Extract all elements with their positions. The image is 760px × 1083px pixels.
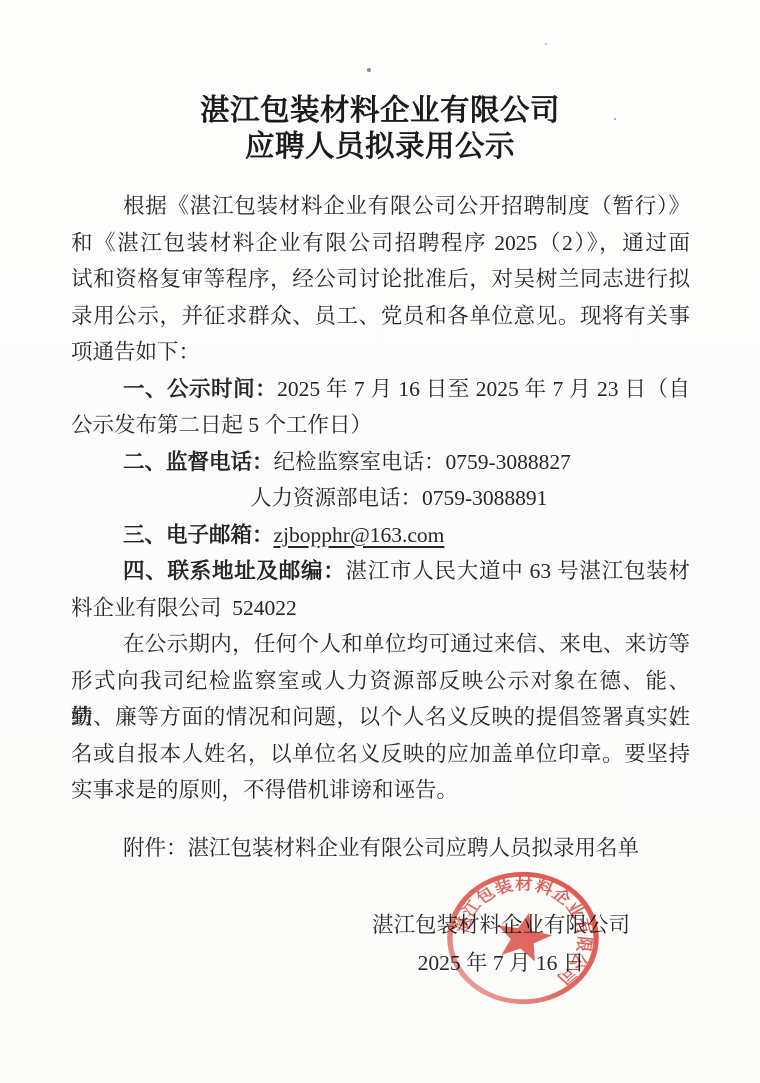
- text-run: 湛江市人民大道中 63 号湛江包装材: [346, 559, 690, 583]
- text-line: 公示发布第二日起 5 个工作日）: [71, 407, 690, 444]
- item-label: 一、公示时间：: [123, 377, 277, 401]
- item-label: 三、电子邮箱：: [123, 523, 274, 547]
- text-run: 实事求是的原则，不得借机诽谤和诬告。: [71, 778, 458, 802]
- email-text: zjbopphr@163.com: [274, 523, 445, 547]
- text-line: 附件：湛江包装材料企业有限公司应聘人员拟录用名单: [71, 830, 690, 867]
- scan-speck: [545, 43, 547, 45]
- text-run: 附件：湛江包装材料企业有限公司应聘人员拟录用名单: [123, 836, 639, 860]
- text-run: 绩、廉等方面的情况和问题，以个人名义反映的提倡签署真实姓: [71, 705, 690, 729]
- text-run: 公示发布第二日起 5 个工作日）: [71, 413, 372, 437]
- text-run: 录用公示，并征求群众、员工、党员和各单位意见。现将有关事: [71, 304, 690, 328]
- company-seal-icon: 湛江包装材料企业有限公司: [445, 870, 601, 1006]
- text-run: 项通告如下：: [71, 340, 200, 364]
- text-line: 料企业有限公司 524022: [71, 590, 690, 627]
- seal-star-icon: [491, 908, 556, 963]
- text-line: 形式向我司纪检监察室或人力资源部反映公示对象在德、能、勤、: [71, 663, 690, 700]
- text-line: 二、监督电话：纪检监察室电话：0759-3088827: [71, 444, 690, 481]
- text-run: 2025 年 7 月 16 日至 2025 年 7 月 23 日（自: [277, 377, 690, 401]
- text-line: 在公示期内，任何个人和单位均可通过来信、来电、来访等: [71, 626, 690, 663]
- title-line-2: 应聘人员拟录用公示: [0, 129, 760, 165]
- text-line: 实事求是的原则，不得借机诽谤和诬告。: [71, 772, 690, 809]
- scan-speck: [367, 68, 371, 72]
- text-run: 在公示期内，任何个人和单位均可通过来信、来电、来访等: [123, 632, 690, 656]
- text-line: 录用公示，并征求群众、员工、党员和各单位意见。现将有关事: [71, 298, 690, 335]
- item-label: 四、联系地址及邮编：: [123, 559, 346, 583]
- text-run: 料企业有限公司 524022: [71, 596, 297, 620]
- text-run: 根据《湛江包装材料企业有限公司公开招聘制度（暂行）》: [123, 194, 690, 218]
- item-label: 二、监督电话：: [123, 450, 274, 474]
- scan-speck: [614, 118, 616, 120]
- body-lines: 根据《湛江包装材料企业有限公司公开招聘制度（暂行）》和《湛江包装材料企业有限公司…: [71, 188, 690, 867]
- text-line: 名或自报本人姓名，以单位名义反映的应加盖单位印章。要坚持: [71, 736, 690, 773]
- text-line: 项通告如下：: [71, 334, 690, 371]
- text-run: 人力资源部电话：0759-3088891: [250, 486, 547, 510]
- text-run: 试和资格复审等程序，经公司讨论批准后，对吴树兰同志进行拟: [71, 267, 690, 291]
- text-run: 纪检监察室电话：0759-3088827: [274, 450, 571, 474]
- text-line: 人力资源部电话：0759-3088891: [71, 480, 690, 517]
- text-run: 名或自报本人姓名，以单位名义反映的应加盖单位印章。要坚持: [71, 742, 690, 766]
- text-line: 四、联系地址及邮编：湛江市人民大道中 63 号湛江包装材: [71, 553, 690, 590]
- text-line: 和《湛江包装材料企业有限公司招聘程序 2025（2）》，通过面: [71, 225, 690, 262]
- text-run: 和《湛江包装材料企业有限公司招聘程序 2025（2）》，通过面: [71, 231, 690, 255]
- text-line: 绩、廉等方面的情况和问题，以个人名义反映的提倡签署真实姓: [71, 699, 690, 736]
- text-line: 一、公示时间：2025 年 7 月 16 日至 2025 年 7 月 23 日（…: [71, 371, 690, 408]
- scanned-document-page: 湛江包装材料企业有限公司 应聘人员拟录用公示 根据《湛江包装材料企业有限公司公开…: [0, 0, 760, 1083]
- document-title: 湛江包装材料企业有限公司 应聘人员拟录用公示: [0, 93, 760, 165]
- text-line: 根据《湛江包装材料企业有限公司公开招聘制度（暂行）》: [71, 188, 690, 225]
- text-line: 三、电子邮箱：zjbopphr@163.com: [71, 517, 690, 554]
- title-line-1: 湛江包装材料企业有限公司: [0, 93, 760, 129]
- text-line: 试和资格复审等程序，经公司讨论批准后，对吴树兰同志进行拟: [71, 261, 690, 298]
